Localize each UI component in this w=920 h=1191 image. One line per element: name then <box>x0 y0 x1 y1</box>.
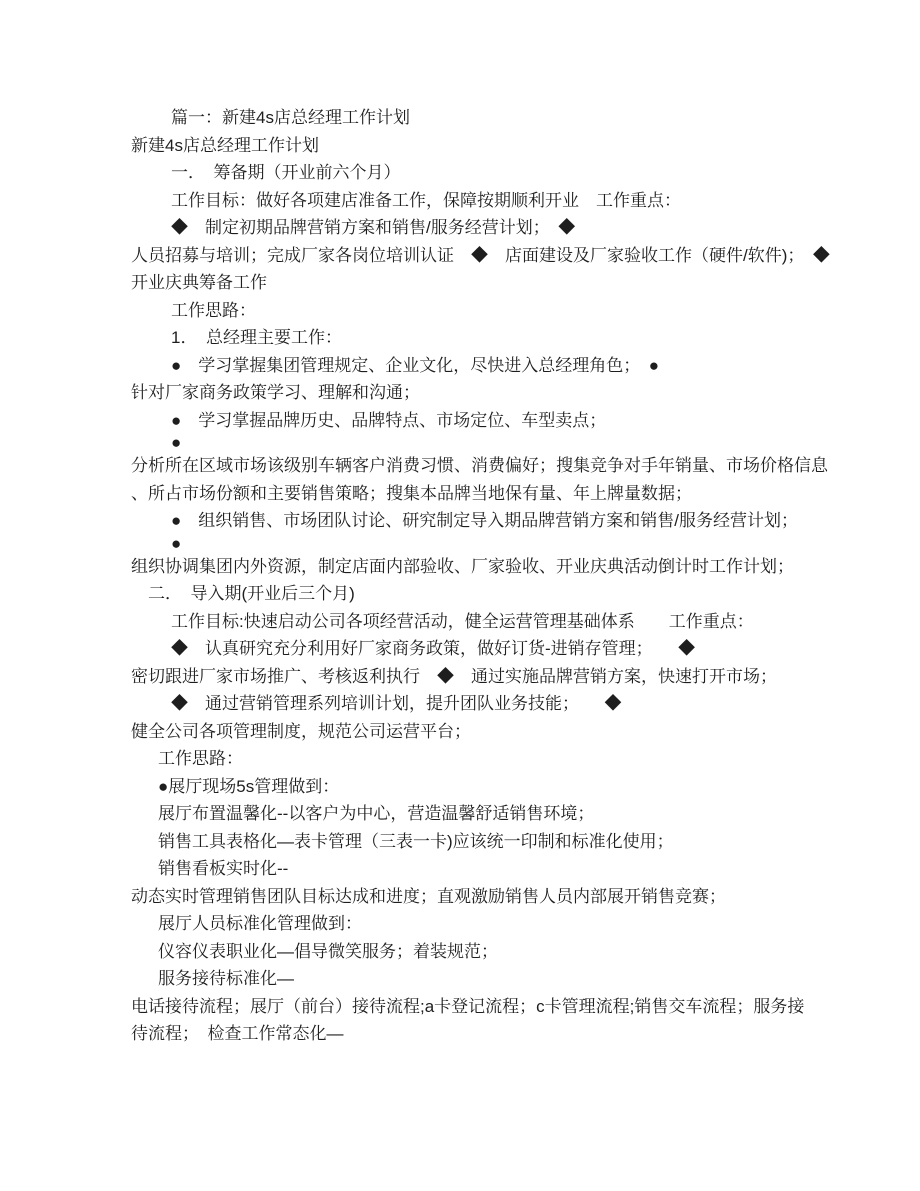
text-line: 待流程； 检查工作常态化— <box>131 1020 830 1048</box>
text-line: 展厅人员标准化管理做到： <box>131 910 830 938</box>
text-line: 人员招募与培训；完成厂家各岗位培训认证 ◆ 店面建设及厂家验收工作（硬件/软件)… <box>131 242 830 270</box>
text-line: 服务接待标准化— <box>131 965 830 993</box>
text-line: 分析所在区域市场该级别车辆客户消费习惯、消费偏好；搜集竞争对手年销量、市场价格信… <box>131 452 830 480</box>
text-line: ● 组织销售、市场团队讨论、研究制定导入期品牌营销方案和销售/服务经营计划； <box>131 507 830 535</box>
text-line: ●展厅现场5s管理做到： <box>131 773 830 801</box>
text-line: 工作思路： <box>131 297 830 325</box>
text-line: 开业庆典筹备工作 <box>131 269 830 297</box>
text-line: 1． 总经理主要工作： <box>131 324 830 352</box>
text-line: 工作思路： <box>131 745 830 773</box>
text-line: 仪容仪表职业化—倡导微笑服务；着装规范； <box>131 938 830 966</box>
text-line: 展厅布置温馨化--以客户为中心，营造温馨舒适销售环境； <box>131 800 830 828</box>
text-line: ◆ 制定初期品牌营销方案和销售/服务经营计划； ◆ <box>131 214 830 242</box>
bullet-only-line: ● <box>131 535 830 553</box>
document-page: 篇一：新建4s店总经理工作计划 新建4s店总经理工作计划 一． 筹备期（开业前六… <box>0 0 920 1191</box>
section-1-heading: 一． 筹备期（开业前六个月） <box>131 159 830 187</box>
text-line: 工作目标：做好各项建店准备工作，保障按期顺利开业 工作重点： <box>131 187 830 215</box>
section-2-heading: 二． 导入期(开业后三个月) <box>131 580 830 608</box>
text-line: 针对厂家商务政策学习、理解和沟通； <box>131 379 830 407</box>
text-line: 健全公司各项管理制度，规范公司运营平台； <box>131 718 830 746</box>
document-viewport: { "page": { "background_color": "#ffffff… <box>0 0 920 1191</box>
text-line: 销售工具表格化—表卡管理（三表一卡)应该统一印制和标准化使用； <box>131 828 830 856</box>
text-line: ◆ 通过营销管理系列培训计划，提升团队业务技能； ◆ <box>131 690 830 718</box>
doc-heading-line: 新建4s店总经理工作计划 <box>131 132 830 160</box>
text-line: 密切跟进厂家市场推广、考核返利执行 ◆ 通过实施品牌营销方案，快速打开市场； <box>131 663 830 691</box>
text-line: ◆ 认真研究充分利用好厂家商务政策，做好订货-进销存管理； ◆ <box>131 635 830 663</box>
text-line: 电话接待流程；展厅（前台）接待流程;a卡登记流程；c卡管理流程;销售交车流程；服… <box>131 993 830 1021</box>
text-line: 、所占市场份额和主要销售策略；搜集本品牌当地保有量、年上牌量数据； <box>131 480 830 508</box>
text-line: ● 学习掌握集团管理规定、企业文化，尽快进入总经理角色； ● <box>131 352 830 380</box>
doc-title-line: 篇一：新建4s店总经理工作计划 <box>131 104 830 132</box>
bullet-only-line: ● <box>131 434 830 452</box>
text-line: 动态实时管理销售团队目标达成和进度；直观激励销售人员内部展开销售竞赛； <box>131 883 830 911</box>
text-line: 工作目标:快速启动公司各项经营活动，健全运营管理基础体系 工作重点： <box>131 608 830 636</box>
text-line: 组织协调集团内外资源，制定店面内部验收、厂家验收、开业庆典活动倒计时工作计划； <box>131 553 830 581</box>
text-line: ● 学习掌握品牌历史、品牌特点、市场定位、车型卖点； <box>131 407 830 435</box>
text-line: 销售看板实时化-- <box>131 855 830 883</box>
